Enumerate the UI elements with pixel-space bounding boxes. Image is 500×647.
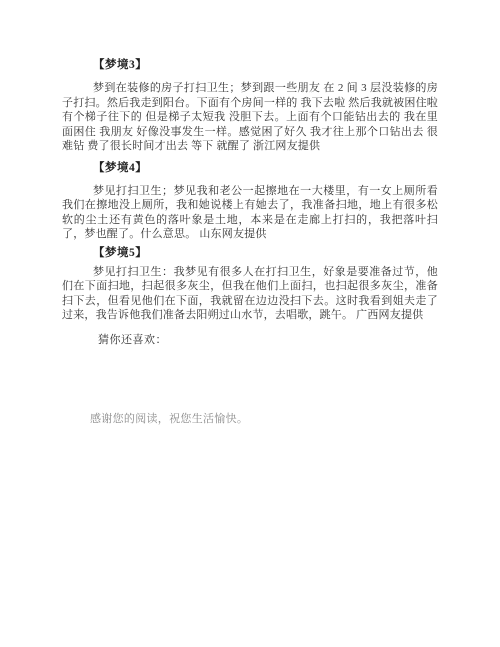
dream-section-3: 【梦境3】 梦到在装修的房子打扫卫生；梦到跟一些朋友 在 2 间 3 层没装修的…: [62, 58, 438, 154]
section-paragraph: 梦见打扫卫生：我梦见有很多人在打扫卫生，好象是要准备过节，他们在下面扫地，扫起很…: [62, 265, 438, 323]
dream-section-5: 【梦境5】 梦见打扫卫生：我梦见有很多人在打扫卫生，好象是要准备过节，他们在下面…: [62, 246, 438, 323]
section-paragraph: 梦到在装修的房子打扫卫生；梦到跟一些朋友 在 2 间 3 层没装修的房子打扫。然…: [62, 81, 438, 154]
document-page: 【梦境3】 梦到在装修的房子打扫卫生；梦到跟一些朋友 在 2 间 3 层没装修的…: [0, 0, 500, 647]
section-paragraph: 梦见打扫卫生；梦见我和老公一起擦地在一大楼里，有一女上厕所看我们在擦地没上厕所，…: [62, 184, 438, 242]
section-heading: 【梦境4】: [93, 161, 438, 176]
section-heading: 【梦境3】: [93, 58, 438, 73]
section-heading: 【梦境5】: [93, 246, 438, 261]
related-suggestions-label: 猜你还喜欢：: [98, 333, 438, 348]
footer-thanks-message: 感谢您的阅读，祝您生活愉快。: [90, 412, 438, 427]
dream-section-4: 【梦境4】 梦见打扫卫生；梦见我和老公一起擦地在一大楼里，有一女上厕所看我们在擦…: [62, 161, 438, 242]
